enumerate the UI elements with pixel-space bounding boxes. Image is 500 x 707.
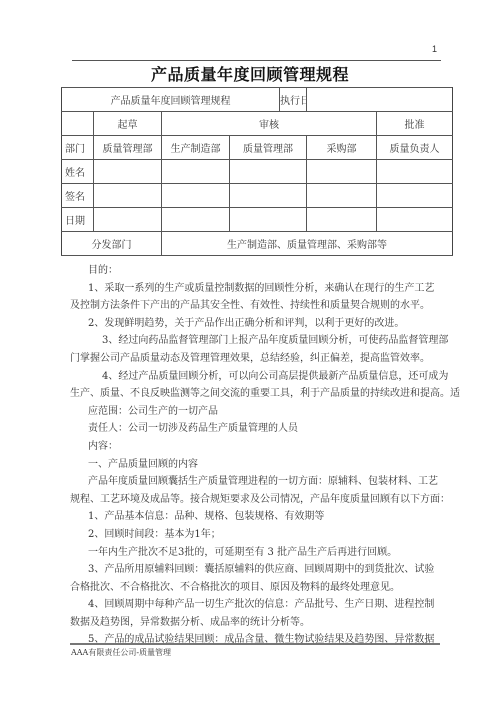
department-label: 部门: [62, 136, 94, 160]
distribution-label: 分发部门: [62, 232, 162, 256]
paragraph-line: 1、采取一系列的生产或质量控制数据的回顾性分析，来确认在现行的生产工艺: [72, 280, 450, 298]
empty-corner-cell: [62, 112, 94, 136]
section-one-heading: 一、产品质量回顾的内容: [72, 456, 450, 474]
name-field[interactable]: [377, 160, 453, 184]
review-header: 审核: [162, 112, 377, 136]
signature-field[interactable]: [162, 184, 230, 208]
paragraph-line: 合格批次、不合格批次、不合格批次的项目、原因及物料的最终处理意见。: [70, 579, 450, 597]
responsible-line: 责任人：公司一切涉及药品生产质量管理的人员: [72, 420, 450, 438]
signature-field[interactable]: [230, 184, 307, 208]
name-field[interactable]: [162, 160, 230, 184]
table-row-date: 日期: [62, 208, 453, 232]
signature-field[interactable]: [377, 184, 453, 208]
body-text: 目的： 1、采取一系列的生产或质量控制数据的回顾性分析，来确认在现行的生产工艺 …: [72, 262, 450, 649]
name-field[interactable]: [94, 160, 162, 184]
distribution-value: 生产制造部、质量管理部、采购部等: [162, 232, 453, 256]
department-cell: 质量管理部: [230, 136, 307, 160]
paragraph-line: 门掌握公司产品质量动态及管理管理效果，总结经验，纠正偏差，提高监管效率。: [70, 350, 450, 368]
paragraph-line: 3、经过向药品监督管理部门上报产品年度质量回顾分析，可使药品监督管理部: [72, 332, 450, 350]
signature-field[interactable]: [307, 184, 377, 208]
date-field[interactable]: [377, 208, 453, 232]
doc-name-cell: 产品质量年度回顾管理规程: [62, 88, 280, 112]
header-rule: [72, 60, 441, 61]
approval-table: 产品质量年度回顾管理规程 执行日期 起草 审核 批准 部门 质量管理部 生产制造…: [61, 87, 453, 256]
content-heading: 内容：: [72, 438, 450, 456]
exec-date-value[interactable]: [307, 88, 453, 112]
document-title: 产品质量年度回顾管理规程: [0, 62, 500, 85]
department-cell: 质量负责人: [377, 136, 453, 160]
paragraph-line: 2、发现鲜明趋势，关于产品作出正确分析和评判，以利于更好的改进。: [72, 315, 450, 333]
list-item: 1、产品基本信息：品种、规格、包装规格、有效期等: [72, 508, 450, 526]
table-row-stages: 起草 审核 批准: [62, 112, 453, 136]
footer-rule: [70, 643, 440, 645]
paragraph-line: 规程、工艺环境及成品等。接合规矩要求及公司情况，产品年度质量回顾有以下方面：: [70, 491, 450, 509]
draft-header: 起草: [94, 112, 162, 136]
name-label: 姓名: [62, 160, 94, 184]
table-row-name: 姓名: [62, 160, 453, 184]
date-label: 日期: [62, 208, 94, 232]
date-field[interactable]: [307, 208, 377, 232]
paragraph-line: 产品年度质量回顾囊括生产质量管理进程的一切方面：原辅料、包装材料、工艺: [72, 473, 450, 491]
table-row-department: 部门 质量管理部 生产制造部 质量管理部 采购部 质量负责人: [62, 136, 453, 160]
list-item: 2、回顾时间段：基本为1年；: [72, 526, 450, 544]
paragraph-line: 数据及趋势图，异常数据分析、成品率的统计分析等。: [70, 614, 450, 632]
department-cell: 质量管理部: [94, 136, 162, 160]
exec-date-label: 执行日期: [280, 88, 307, 112]
signature-label: 签名: [62, 184, 94, 208]
paragraph-line: 一年内生产批次不足3批的，可延期至有 3 批产品生产后再进行回顾。: [72, 544, 450, 562]
department-cell: 采购部: [307, 136, 377, 160]
paragraph-line: 生产、质量、不良反映监测等之间交流的重要工具，利于产品质量的持续改进和提高。适: [70, 385, 450, 403]
scope-line: 应范围：公司生产的一切产品: [72, 403, 450, 421]
section-purpose-heading: 目的：: [72, 262, 450, 280]
date-field[interactable]: [162, 208, 230, 232]
footer-text: AAA有限责任公司-质量管理: [71, 647, 171, 658]
table-row-doc: 产品质量年度回顾管理规程 执行日期: [62, 88, 453, 112]
list-item: 4、回顾周期中每种产品一切生产批次的信息：产品批号、生产日期、进程控制: [72, 596, 450, 614]
date-field[interactable]: [230, 208, 307, 232]
page-number: 1: [432, 44, 437, 54]
table-row-signature: 签名: [62, 184, 453, 208]
paragraph-line: 4、经过产品质量回顾分析，可以向公司高层提供最新产品质量信息，还可成为: [72, 368, 450, 386]
name-field[interactable]: [307, 160, 377, 184]
signature-field[interactable]: [94, 184, 162, 208]
paragraph-line: 及控制方法条件下产出的产品其安全性、有效性、持续性和质量契合规则的水平。: [70, 297, 450, 315]
department-cell: 生产制造部: [162, 136, 230, 160]
date-field[interactable]: [94, 208, 162, 232]
table-row-distribution: 分发部门 生产制造部、质量管理部、采购部等: [62, 232, 453, 256]
name-field[interactable]: [230, 160, 307, 184]
approve-header: 批准: [377, 112, 453, 136]
list-item: 3、产品所用原辅料回顾：囊括原辅料的供应商、回顾周期中的到货批次、试验: [72, 561, 450, 579]
